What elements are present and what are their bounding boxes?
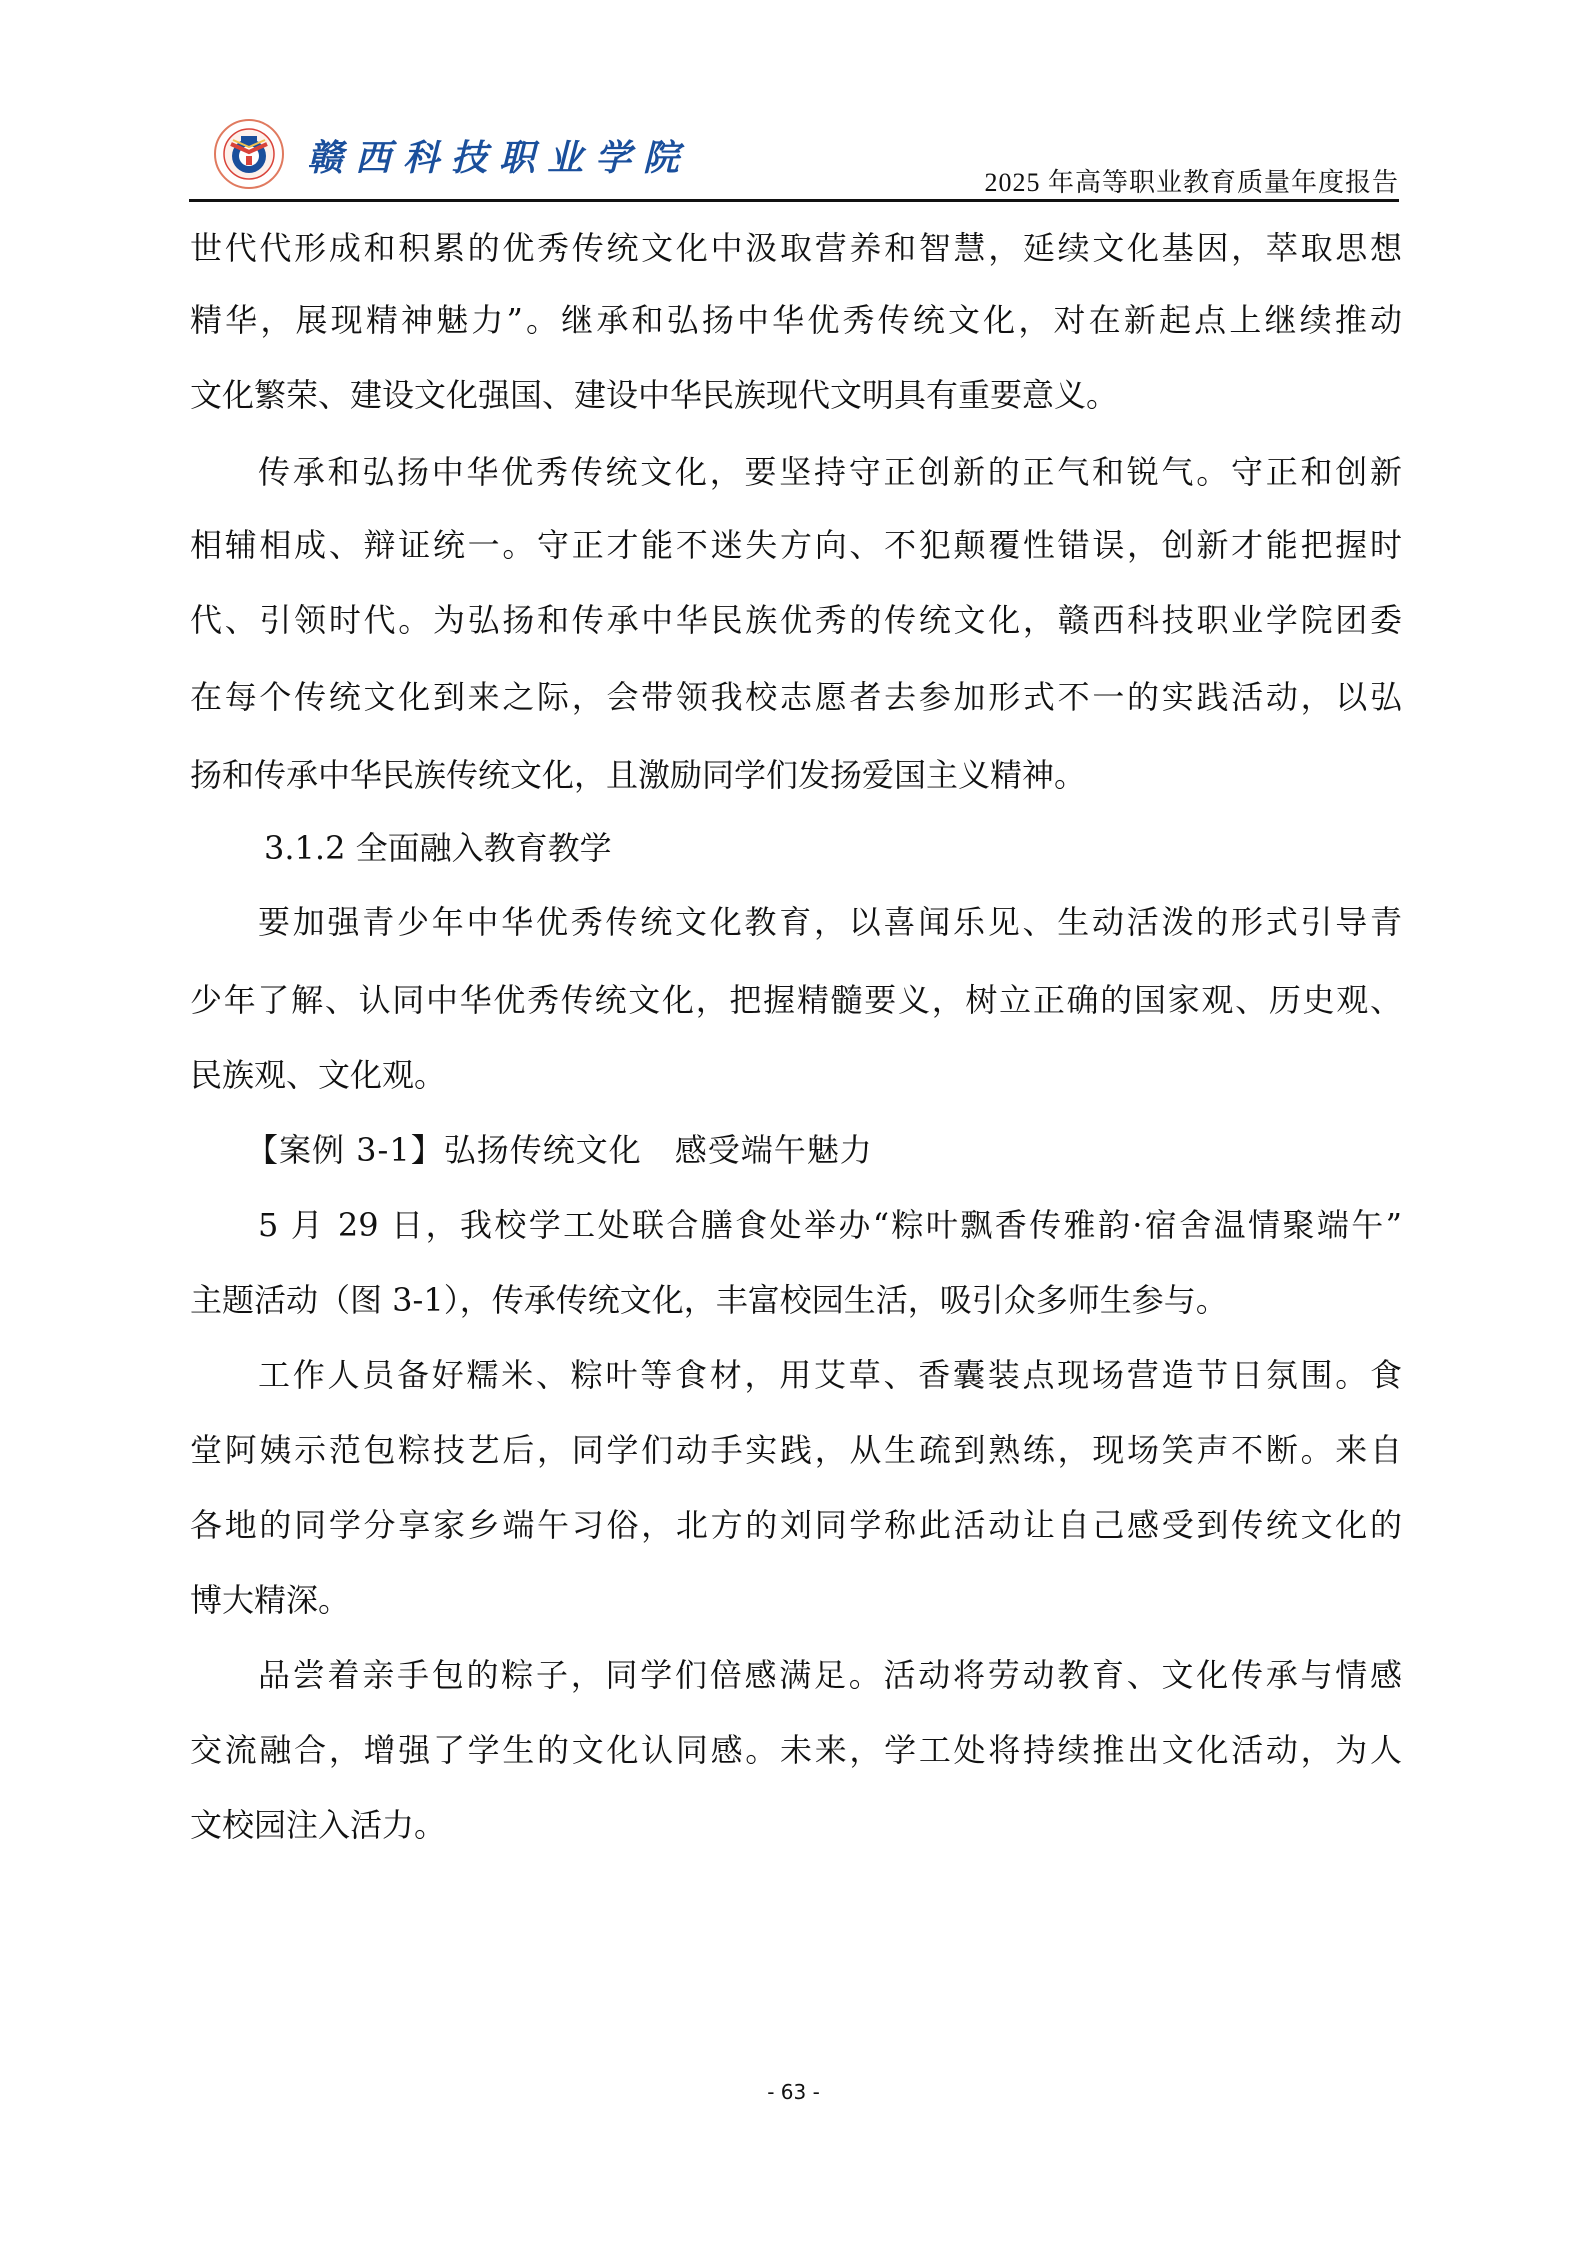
school-emblem-icon [213,118,285,190]
text-line: 各地的同学分享家乡端午习俗，北方的刘同学称此活动让自己感受到传统文化的 [190,1505,1402,1545]
text-line: 堂阿姨示范包粽技艺后，同学们动手实践，从生疏到熟练，现场笑声不断。来自 [190,1430,1402,1470]
text-line: 主题活动（图 3-1），传承传统文化，丰富校园生活，吸引众多师生参与。 [190,1280,1402,1320]
report-title: 2025 年高等职业教育质量年度报告 [984,162,1399,199]
text-line: 在每个传统文化到来之际，会带领我校志愿者去参加形式不一的实践活动，以弘 [190,677,1402,717]
text-line: 少年了解、认同中华优秀传统文化，把握精髓要义，树立正确的国家观、历史观、 [190,980,1402,1020]
text-line: 品尝着亲手包的粽子，同学们倍感满足。活动将劳动教育、文化传承与情感 [190,1655,1402,1695]
text-line: 要加强青少年中华优秀传统文化教育，以喜闻乐见、生动活泼的形式引导青 [190,902,1402,942]
text-line: 传承和弘扬中华优秀传统文化，要坚持守正创新的正气和锐气。守正和创新 [190,452,1402,492]
text-line: 代、引领时代。为弘扬和传承中华民族优秀的传统文化，赣西科技职业学院团委 [190,600,1402,640]
page-number: - 63 - [0,2080,1587,2104]
text-line: 世代代形成和积累的优秀传统文化中汲取营养和智慧，延续文化基因，萃取思想 [190,228,1402,268]
text-line: 民族观、文化观。 [190,1055,1402,1095]
section-heading: 3.1.2 全面融入教育教学 [190,828,1402,868]
header-divider [189,199,1399,202]
page-header: 赣西科技职业学院 2025 年高等职业教育质量年度报告 [189,110,1399,202]
text-line: 交流融合，增强了学生的文化认同感。未来，学工处将持续推出文化活动，为人 [190,1730,1402,1770]
school-name: 赣西科技职业学院 [307,130,691,181]
text-line: 扬和传承中华民族传统文化，且激励同学们发扬爱国主义精神。 [190,755,1402,795]
text-line: 精华，展现精神魅力”。继承和弘扬中华优秀传统文化，对在新起点上继续推动 [190,300,1402,340]
text-line: 文化繁荣、建设文化强国、建设中华民族现代文明具有重要意义。 [190,375,1402,415]
text-line: 5 月 29 日，我校学工处联合膳食处举办“粽叶飘香传雅韵·宿舍温情聚端午” [190,1205,1402,1245]
case-heading: 【案例 3-1】弘扬传统文化 感受端午魅力 [190,1130,1402,1170]
text-line: 文校园注入活力。 [190,1805,1402,1845]
text-line: 相辅相成、辩证统一。守正才能不迷失方向、不犯颠覆性错误，创新才能把握时 [190,525,1402,565]
text-line: 博大精深。 [190,1580,1402,1620]
text-line: 工作人员备好糯米、粽叶等食材，用艾草、香囊装点现场营造节日氛围。食 [190,1355,1402,1395]
